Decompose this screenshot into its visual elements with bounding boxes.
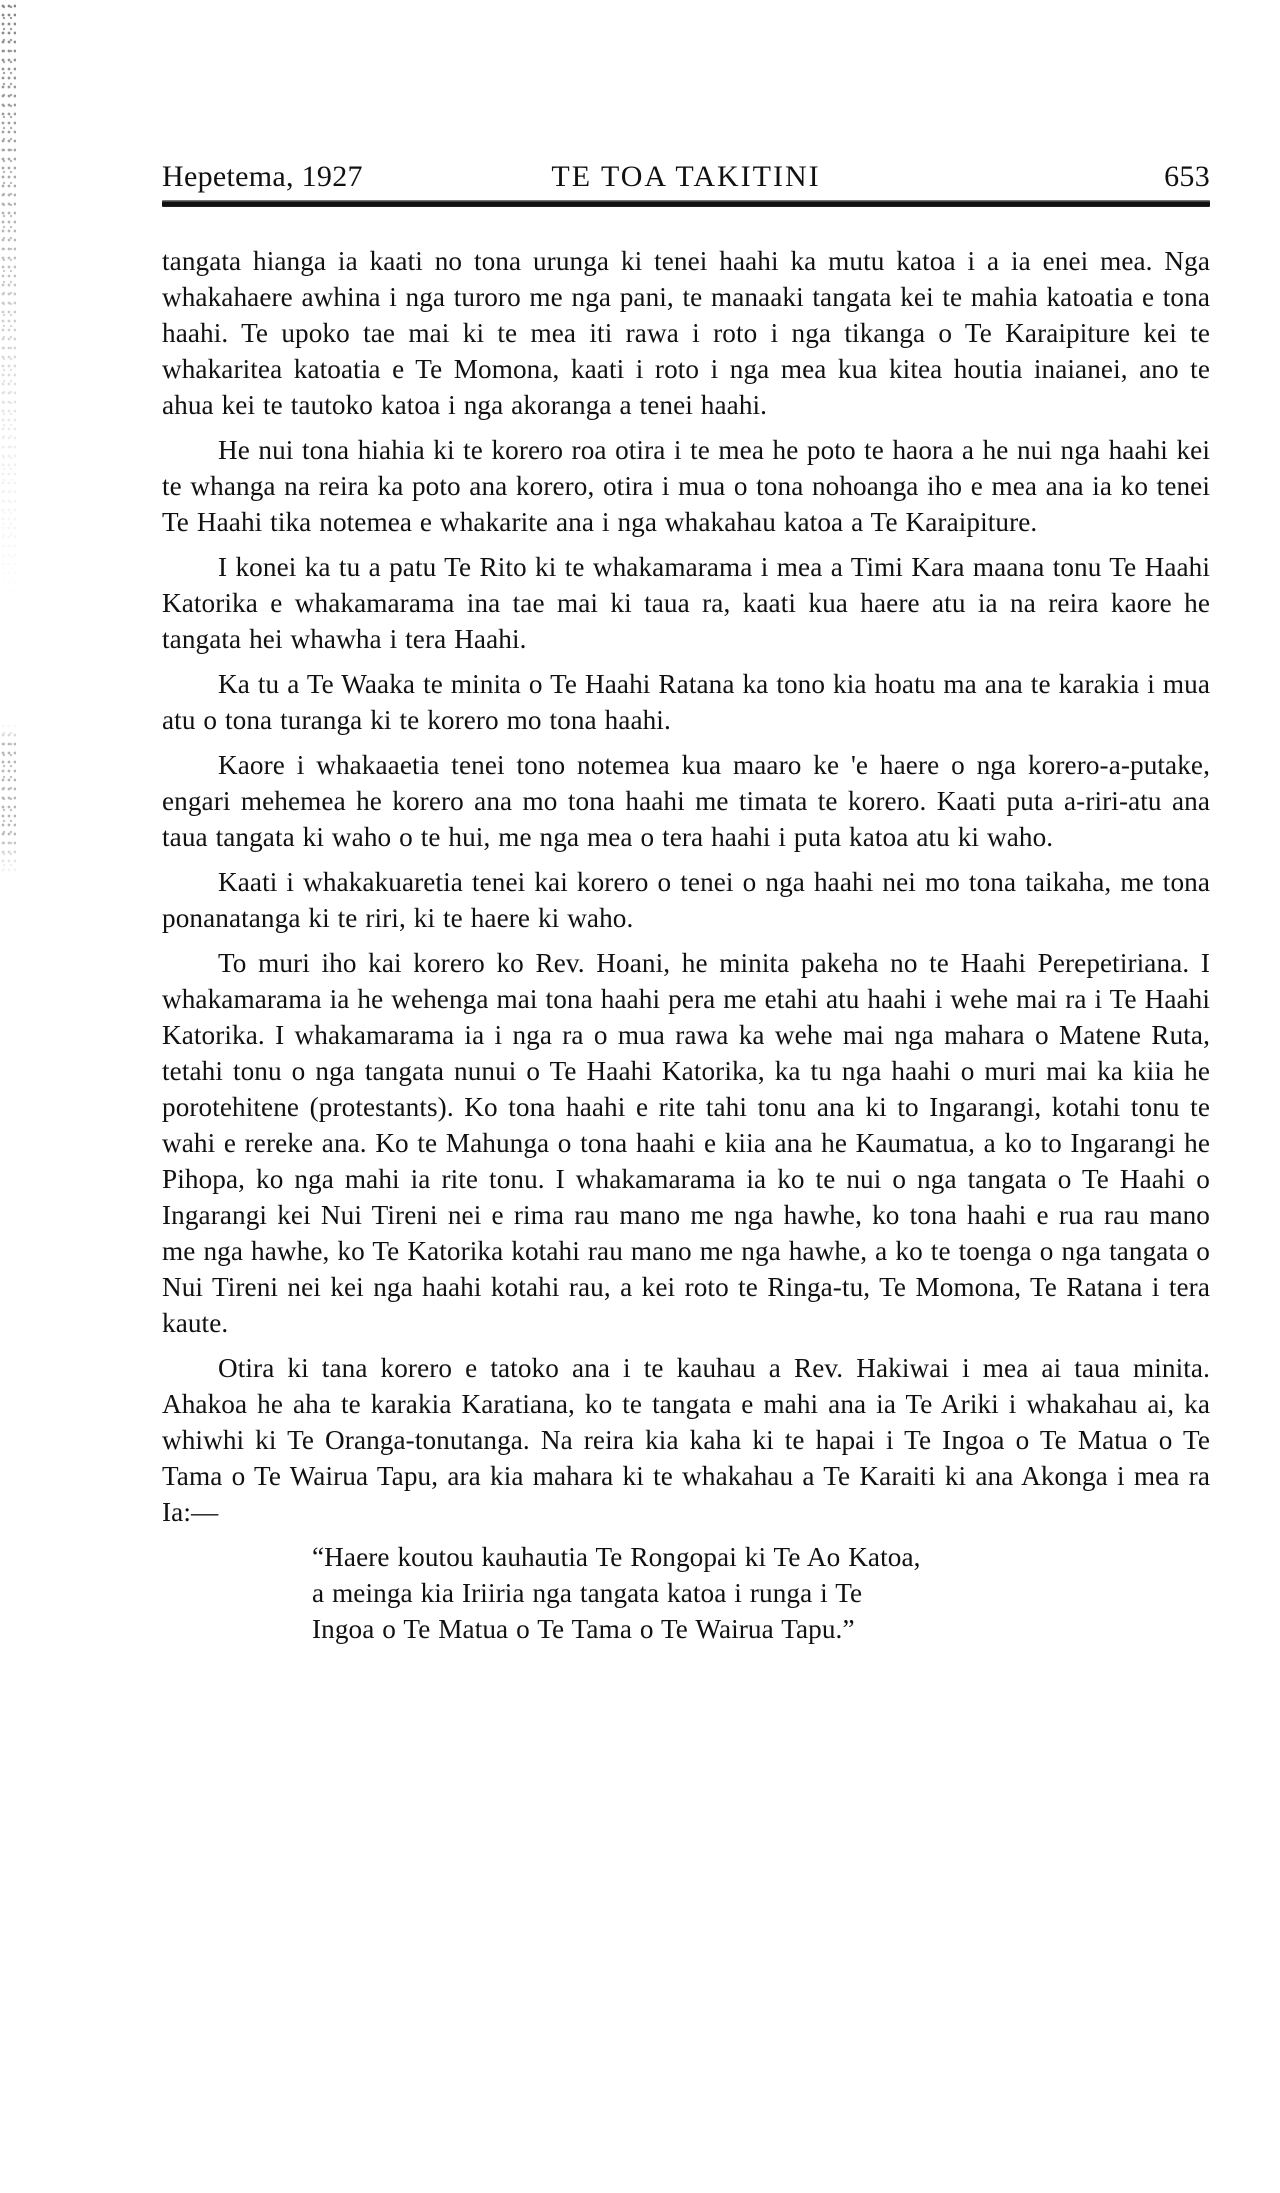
block-quote: “Haere koutou kauhautia Te Rongopai ki T… xyxy=(312,1539,1210,1647)
paragraph: To muri iho kai korero ko Rev. Hoani, he… xyxy=(162,945,1210,1341)
quote-line: a meinga kia Iriiria nga tangata katoa i… xyxy=(312,1575,1210,1611)
article-body: tangata hianga ia kaati no tona urunga k… xyxy=(162,243,1210,1647)
paragraph: Otira ki tana korero e tatoko ana i te k… xyxy=(162,1350,1210,1530)
paragraph: He nui tona hiahia ki te korero roa otir… xyxy=(162,432,1210,540)
quote-line: “Haere koutou kauhautia Te Rongopai ki T… xyxy=(312,1539,1210,1575)
paragraph: tangata hianga ia kaati no tona urunga k… xyxy=(162,243,1210,423)
document-page: Hepetema, 1927 TE TOA TAKITINI 653 tanga… xyxy=(162,156,1210,1647)
running-head: Hepetema, 1927 TE TOA TAKITINI 653 xyxy=(162,156,1210,198)
paragraph: Kaore i whakaaetia tenei tono notemea ku… xyxy=(162,747,1210,855)
publication-title: TE TOA TAKITINI xyxy=(162,156,1210,198)
scan-edge-artifact xyxy=(0,0,16,2193)
paragraph: Ka tu a Te Waaka te minita o Te Haahi Ra… xyxy=(162,666,1210,738)
header-rule xyxy=(162,200,1210,207)
quote-line: Ingoa o Te Matua o Te Tama o Te Wairua T… xyxy=(312,1611,1210,1647)
paragraph: I konei ka tu a patu Te Rito ki te whaka… xyxy=(162,549,1210,657)
paragraph: Kaati i whakakuaretia tenei kai korero o… xyxy=(162,864,1210,936)
page-number: 653 xyxy=(1164,156,1210,198)
